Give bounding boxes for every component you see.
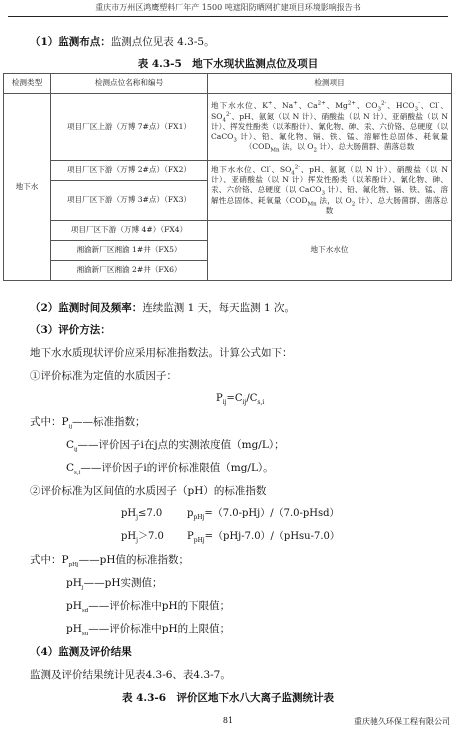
section-2-label: （2）监测时间及频率： [30,302,142,314]
items-cell: 地下水水位 [208,221,452,281]
formula-pij: Pij=Cij/Cs,i [216,392,264,406]
def-pphj: ——pH值的标准指数； [79,554,189,566]
point-cell: 项目厂区下游（万博 2#点）（FX2） [51,161,208,181]
ph-equation-1: ppHj=（7.0-pHj）/（7.0-pHsd） [187,507,340,521]
where-1: 式中：Pij——标准指数； [30,415,146,429]
table-4-3-6-caption: 表 4.3-6 评价区地下水八大离子监测统计表 [0,691,456,705]
items-cell: 地下水水位、Cl-、SO42-、pH、氨氮（以 N 计）、硝酸盐（以 N 计）、… [208,161,452,221]
def-cij-line: Cij——评价因子i在j点的实测浓度值（mg/L）； [66,438,285,452]
where-2: 式中：PpHj——pH值的标准指数； [30,553,189,567]
header-type: 检测类型 [4,74,51,94]
section-1: （1）监测布点：监测点位见表 4.3-5。 [30,35,215,49]
monitoring-points-table: 检测类型 检测点位名称和编号 检测项目 地下水 项目厂区上游（万博 7#点）（F… [3,73,452,281]
page-header: 重庆市万州区鸿鹰塑料厂年产 1500 吨遮阳防晒网扩建项目环境影响报告书 [8,2,448,17]
def-phsd-line: pHsd——评价标准中pH的下限值； [66,599,230,613]
items-cell: 地下水水位、K+、Na+、Ca2+、Mg2+、CO32-、HCO3-、Cl-、S… [208,94,452,161]
point-cell: 项目厂区下游（万博 4#）（FX4） [51,221,208,241]
table-header-row: 检测类型 检测点位名称和编号 检测项目 [4,74,452,94]
table-row: 项目厂区下游（万博 2#点）（FX2） 地下水水位、Cl-、SO42-、pH、氨… [4,161,452,181]
table-row: 地下水 项目厂区上游（万博 7#点）（FX1） 地下水水位、K+、Na+、Ca2… [4,94,452,161]
type-cell: 地下水 [4,94,51,281]
footer-company: 重庆驰久环保工程有限公司 [354,716,450,727]
case2-heading: ②评价标准为区间值的水质因子（pH）的标准指数 [30,484,266,498]
section-3-label: （3）评价方法： [30,323,111,337]
section-2-text: 连续监测 1 天，每天监测 1 次。 [142,302,295,314]
header-items: 检测项目 [208,74,452,94]
def-csi: ——评价因子i的评价标准限值（mg/L）。 [80,462,273,474]
point-cell: 项目厂区上游（万博 7#点）（FX1） [51,94,208,161]
def-csi-line: Cs,i——评价因子i的评价标准限值（mg/L）。 [66,461,274,475]
table-row: 项目厂区下游（万博 4#）（FX4） 地下水水位 [4,221,452,241]
point-cell: 项目厂区下游（万博 3#点）（FX3） [51,181,208,221]
case1-heading: ①评价标准为定值的水质因子： [30,369,177,383]
header-point: 检测点位名称和编号 [51,74,208,94]
def-phj-line: pHj——pH实测值； [66,576,163,590]
ph-condition-1: pHj≤7.0 [121,507,162,521]
def-cij: ——评价因子i在j点的实测浓度值（mg/L）； [78,439,285,451]
ph-condition-2: pHj＞7.0 [121,530,164,544]
ph-equation-2: PpHj=（pHj-7.0）/（pHsu-7.0） [187,530,340,544]
section-2: （2）监测时间及频率：连续监测 1 天，每天监测 1 次。 [30,301,295,315]
section-1-text: 监测点位见表 4.3-5。 [111,36,215,48]
def-pij: ——标准指数； [72,416,146,428]
table-4-3-5-caption: 表 4.3-5 地下水现状监测点位及项目 [0,57,456,71]
def-phsu-line: pHsu——评价标准中pH的上限值； [66,622,230,636]
point-cell: 湘渝新厂区湘渝 2#井（FX6） [51,261,208,281]
point-cell: 湘渝新厂区湘渝 1#井（FX5） [51,241,208,261]
method-intro: 地下水水质现状评价应采用标准指数法。计算公式如下： [30,346,293,360]
section-4-label: （4）监测及评价结果 [30,645,132,659]
section-4-text: 监测及评价结果统计见表4.3-6、表4.3-7。 [30,668,231,682]
section-1-label: （1）监测布点： [30,36,111,48]
